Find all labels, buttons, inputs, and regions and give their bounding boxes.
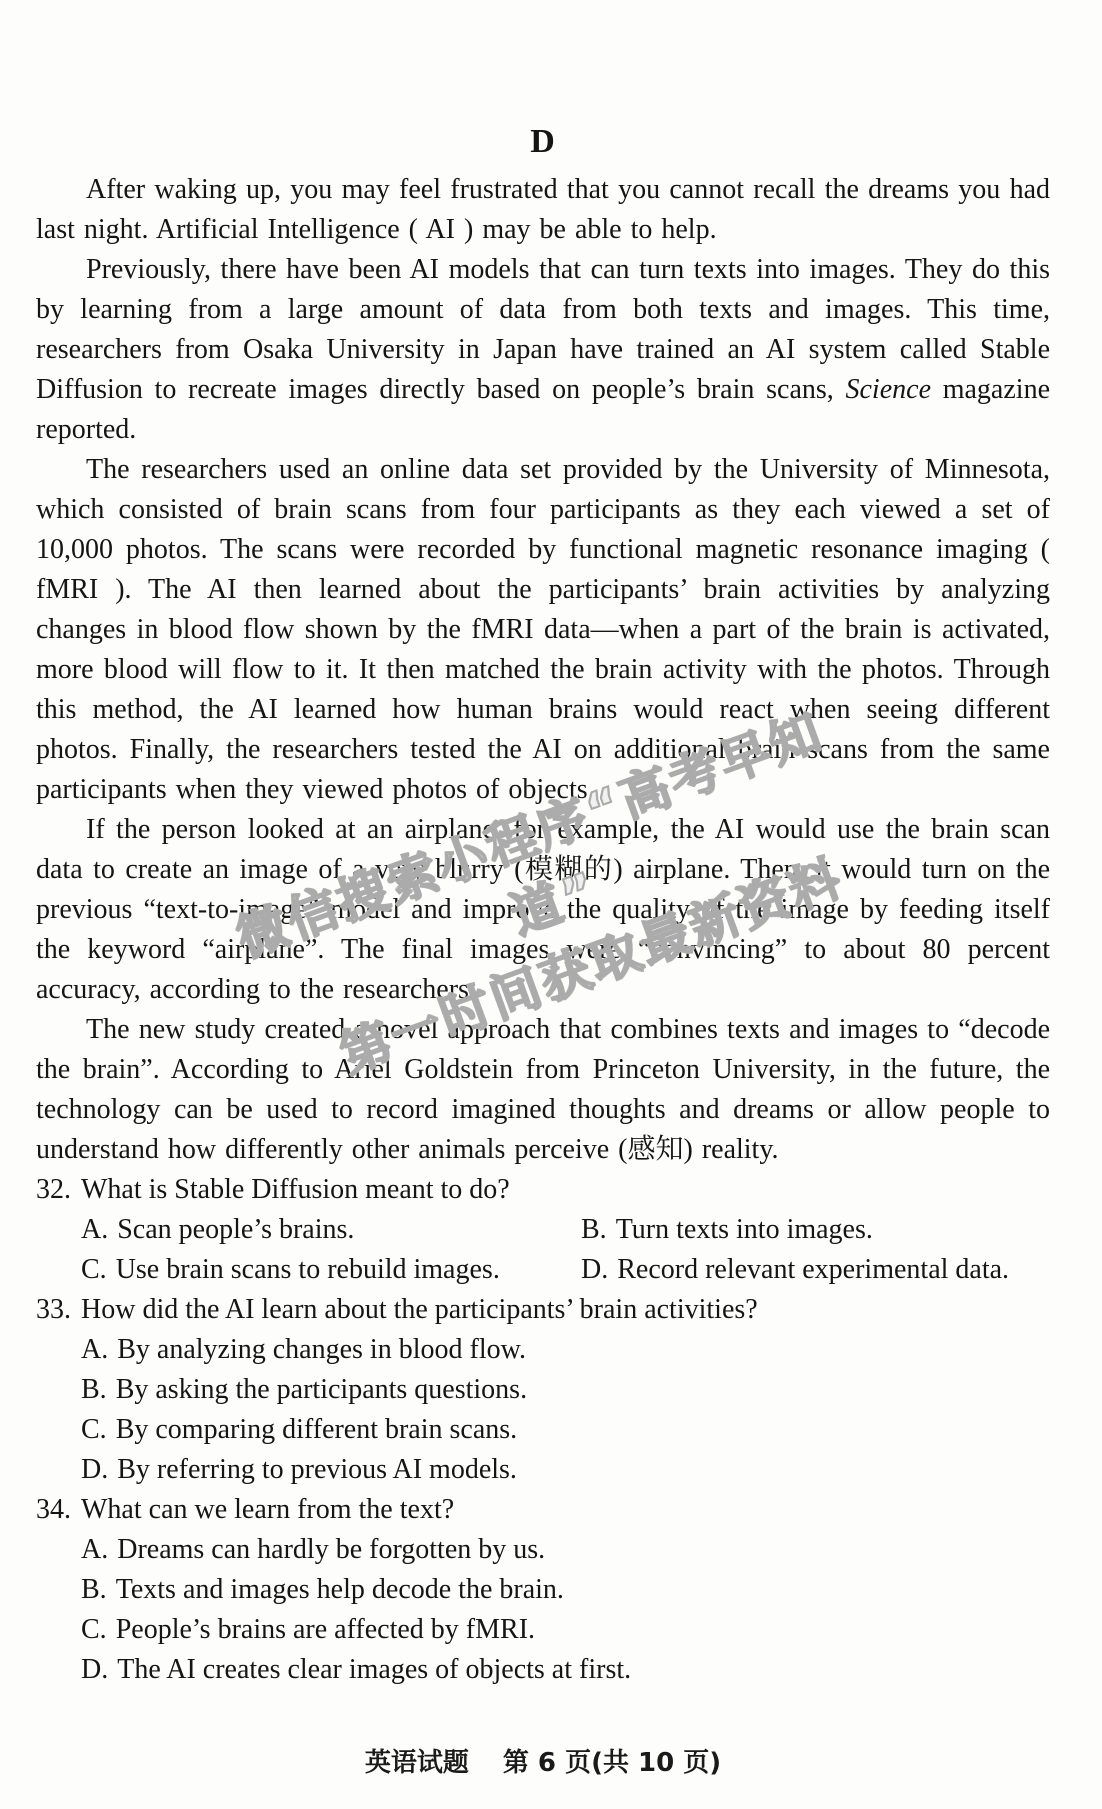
footer-page-info: 第 6 页(共 10 页) (503, 1748, 721, 1778)
question-text: How did the AI learn about the participa… (81, 1294, 758, 1325)
question-text: What can we learn from the text? (81, 1494, 454, 1525)
option-label: D. (81, 1654, 108, 1685)
option-text: Dreams can hardly be forgotten by us. (117, 1534, 545, 1565)
footer-subject: 英语试题 (365, 1748, 469, 1778)
option-label: D. (581, 1254, 608, 1285)
passage-paragraph: The researchers used an online data set … (36, 450, 1050, 810)
passage-text-segment: The new study created a novel approach t… (36, 1014, 1050, 1165)
option-33-B: B.By asking the participants questions. (81, 1370, 1050, 1410)
option-text: The AI creates clear images of objects a… (117, 1654, 631, 1685)
passage-italic-segment: Science (846, 374, 932, 405)
passage-paragraph: If the person looked at an airplane, for… (36, 810, 1050, 1010)
option-34-D: D.The AI creates clear images of objects… (81, 1650, 1050, 1690)
option-33-D: D.By referring to previous AI models. (81, 1450, 1050, 1490)
option-text: By comparing different brain scans. (116, 1414, 517, 1445)
option-label: B. (581, 1214, 607, 1245)
option-text: Scan people’s brains. (117, 1214, 354, 1245)
passage-text-segment: The researchers used an online data set … (36, 454, 1050, 805)
exam-page: D After waking up, you may feel frustrat… (0, 0, 1102, 1809)
option-32-A: A.Scan people’s brains. (81, 1210, 581, 1250)
question-stem: 32.What is Stable Diffusion meant to do? (36, 1170, 1050, 1210)
option-32-D: D.Record relevant experimental data. (581, 1250, 1050, 1290)
passage-text-segment: If the person looked at an airplane, for… (36, 814, 1050, 1005)
option-34-C: C.People’s brains are affected by fMRI. (81, 1610, 1050, 1650)
option-text: By asking the participants questions. (116, 1374, 527, 1405)
question-32: 32.What is Stable Diffusion meant to do?… (36, 1170, 1050, 1290)
option-32-B: B.Turn texts into images. (581, 1210, 1050, 1250)
option-label: C. (81, 1614, 107, 1645)
question-stem: 34.What can we learn from the text? (36, 1490, 1050, 1530)
question-text: What is Stable Diffusion meant to do? (81, 1174, 510, 1205)
option-text: Use brain scans to rebuild images. (116, 1254, 500, 1285)
option-label: C. (81, 1254, 107, 1285)
option-33-C: C.By comparing different brain scans. (81, 1410, 1050, 1450)
section-label: D (36, 122, 1050, 162)
question-34: 34.What can we learn from the text?A.Dre… (36, 1490, 1050, 1690)
option-33-A: A.By analyzing changes in blood flow. (81, 1330, 1050, 1370)
option-label: D. (81, 1454, 108, 1485)
option-text: By analyzing changes in blood flow. (117, 1334, 526, 1365)
option-label: B. (81, 1574, 107, 1605)
questions: 32.What is Stable Diffusion meant to do?… (36, 1170, 1050, 1690)
passage-paragraph: After waking up, you may feel frustrated… (36, 170, 1050, 250)
passage-text-segment: After waking up, you may feel frustrated… (36, 174, 1050, 245)
option-label: C. (81, 1414, 107, 1445)
reading-passage: After waking up, you may feel frustrated… (36, 170, 1050, 1170)
page-content: D After waking up, you may feel frustrat… (36, 122, 1050, 1690)
question-number: 33. (36, 1294, 71, 1325)
option-label: A. (81, 1214, 108, 1245)
option-label: A. (81, 1334, 108, 1365)
option-label: A. (81, 1534, 108, 1565)
option-34-B: B.Texts and images help decode the brain… (81, 1570, 1050, 1610)
option-text: Texts and images help decode the brain. (116, 1574, 564, 1605)
page-footer: 英语试题第 6 页(共 10 页) (36, 1742, 1050, 1779)
option-34-A: A.Dreams can hardly be forgotten by us. (81, 1530, 1050, 1570)
option-text: Turn texts into images. (616, 1214, 873, 1245)
option-label: B. (81, 1374, 107, 1405)
passage-paragraph: The new study created a novel approach t… (36, 1010, 1050, 1170)
passage-paragraph: Previously, there have been AI models th… (36, 250, 1050, 450)
option-text: People’s brains are affected by fMRI. (116, 1614, 535, 1645)
question-stem: 33.How did the AI learn about the partic… (36, 1290, 1050, 1330)
option-text: By referring to previous AI models. (117, 1454, 517, 1485)
option-text: Record relevant experimental data. (617, 1254, 1009, 1285)
question-33: 33.How did the AI learn about the partic… (36, 1290, 1050, 1490)
option-32-C: C.Use brain scans to rebuild images. (81, 1250, 581, 1290)
question-number: 34. (36, 1494, 71, 1525)
options-34: A.Dreams can hardly be forgotten by us.B… (36, 1530, 1050, 1690)
options-33: A.By analyzing changes in blood flow.B.B… (36, 1330, 1050, 1490)
question-number: 32. (36, 1174, 71, 1205)
options-32: A.Scan people’s brains.B.Turn texts into… (36, 1210, 1050, 1290)
